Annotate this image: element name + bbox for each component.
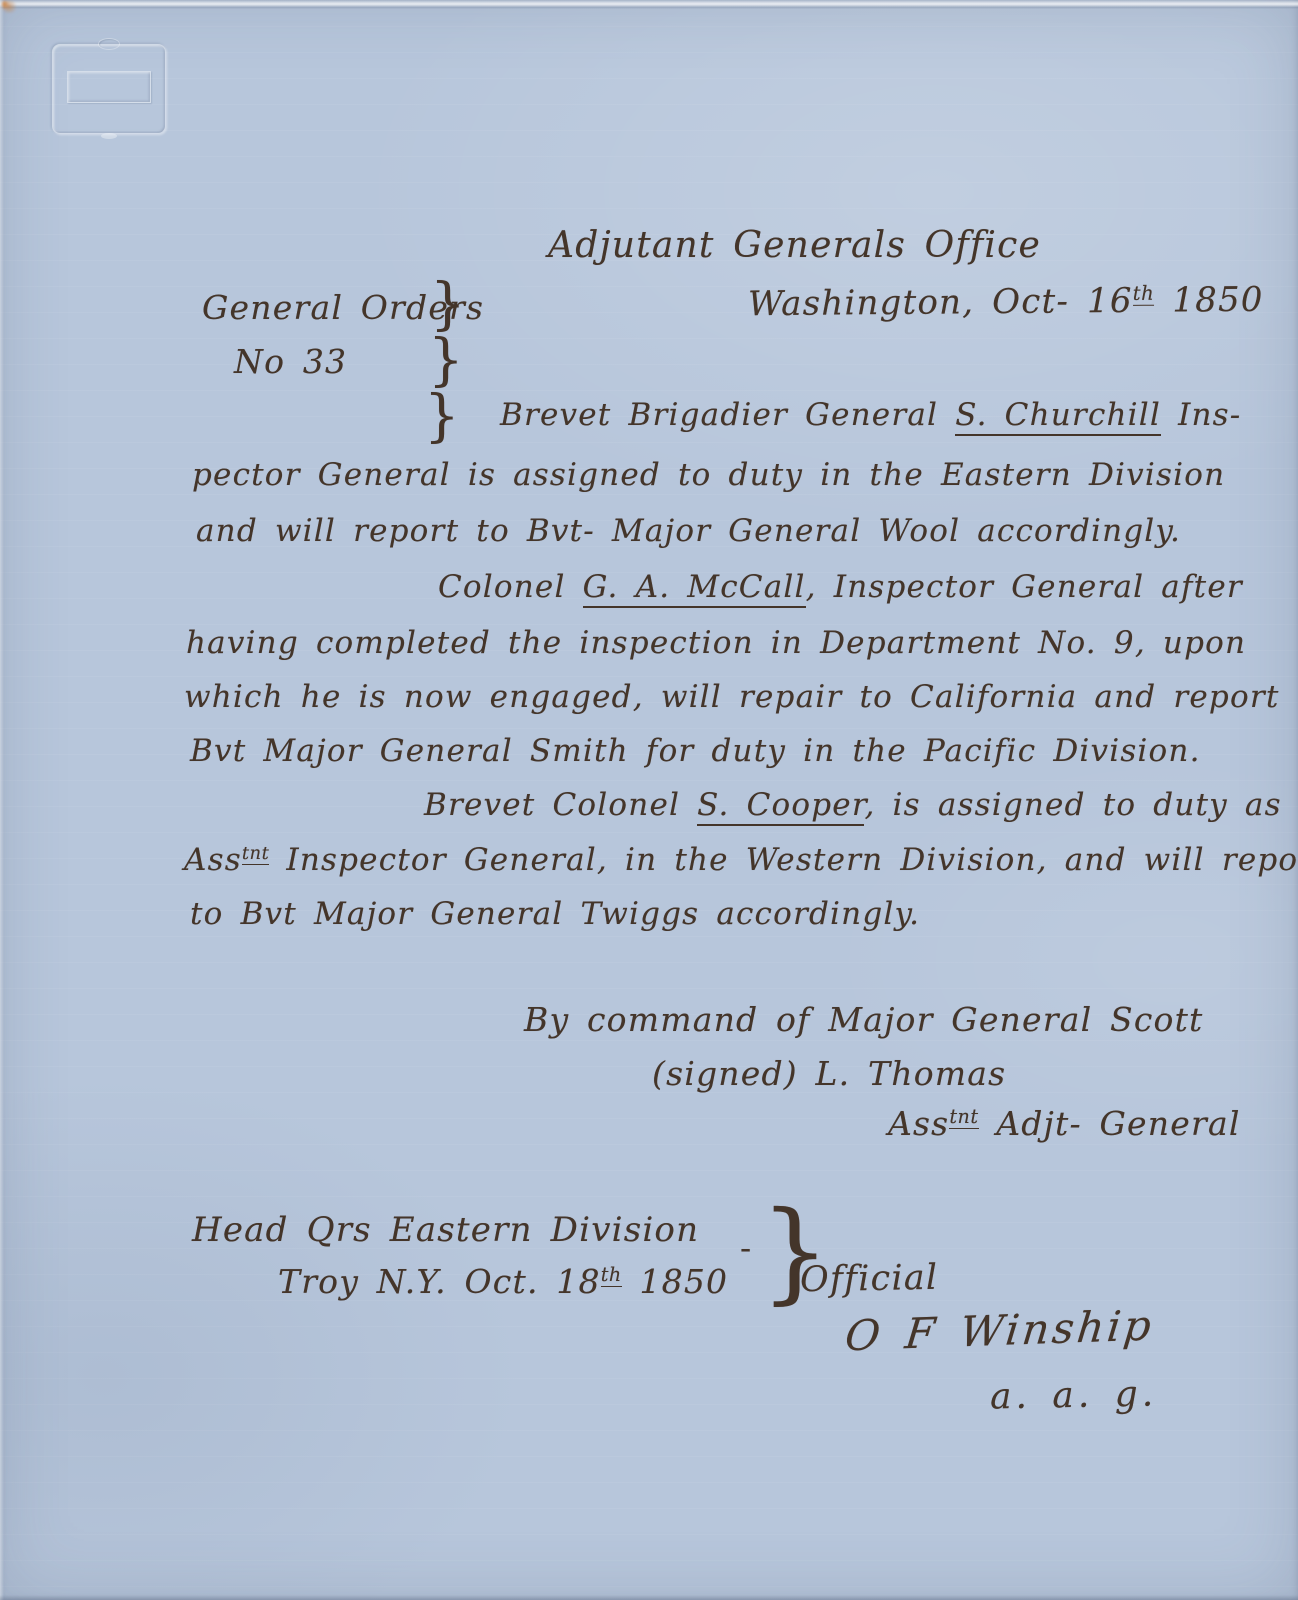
dateline-text: Washington, Oct- 16: [748, 281, 1133, 324]
signed-thomas-line: (signed) L. Thomas: [652, 1056, 1006, 1092]
p1-text: Brevet Brigadier General: [500, 397, 955, 433]
assistant-superscript: tnt: [242, 843, 270, 865]
title-text: Ass: [888, 1104, 949, 1143]
dateline-superscript: th: [1133, 281, 1155, 305]
p3-text: , is assigned to duty as: [864, 787, 1281, 823]
orders-brace-bottom: }: [424, 386, 461, 448]
paragraph-2-line-3: which he is now engaged, will repair to …: [184, 680, 1298, 714]
p3-text: Ass: [184, 842, 242, 878]
order-number: No 33: [234, 344, 347, 380]
paragraph-1-line-2: pector General is assigned to duty in th…: [192, 458, 1225, 492]
p1-text: Ins-: [1161, 397, 1241, 433]
winship-signature: O F Winship: [843, 1303, 1156, 1360]
orders-brace-middle: }: [428, 330, 465, 392]
scan-edge: [0, 0, 4, 1600]
header-office-line: Adjutant Generals Office: [548, 226, 1041, 266]
assistant-adjutant-general-title: Asstnt Adjt- General: [888, 1106, 1241, 1142]
cooper-name-underlined: S. Cooper: [697, 787, 864, 826]
paragraph-3-line-2: Asstnt Inspector General, in the Western…: [184, 843, 1298, 877]
p2-text: Colonel: [438, 569, 583, 605]
aag-rank-line: a. a. g.: [990, 1375, 1158, 1418]
official-label: Official: [800, 1259, 939, 1300]
orders-brace-top: }: [430, 274, 467, 336]
fold-crease-lower: [0, 0, 1298, 9]
assistant-superscript: tnt: [949, 1105, 978, 1129]
letter-sheet: Adjutant Generals Office Washington, Oct…: [0, 0, 1298, 1600]
paragraph-1-line-3: and will report to Bvt- Major General Wo…: [196, 514, 1181, 548]
by-command-line: By command of Major General Scott: [524, 1002, 1204, 1038]
churchill-name-underlined: S. Churchill: [955, 397, 1161, 436]
title-text: Adjt- General: [979, 1104, 1241, 1143]
footer-date-year: 1850: [622, 1262, 728, 1301]
dateline-year: 1850: [1154, 280, 1264, 321]
footer-date-text: Troy N.Y. Oct. 18: [278, 1262, 601, 1301]
paragraph-2-line-1: Colonel G. A. McCall, Inspector General …: [438, 570, 1243, 604]
p3-text: Inspector General, in the Western Divisi…: [269, 842, 1298, 878]
footer-date-superscript: th: [601, 1263, 622, 1287]
p3-text: Brevet Colonel: [424, 787, 697, 823]
embossed-stationer-stamp: [52, 44, 166, 134]
paragraph-2-line-2: having completed the inspection in Depar…: [186, 626, 1246, 660]
mccall-name-underlined: G. A. McCall: [583, 569, 806, 608]
headquarters-line: Head Qrs Eastern Division: [192, 1212, 699, 1249]
paragraph-2-line-4: Bvt Major General Smith for duty in the …: [190, 734, 1201, 768]
scan-edge: [0, 1595, 1298, 1600]
paragraph-3-line-3: to Bvt Major General Twiggs accordingly.: [190, 897, 920, 931]
footer-dateline: Troy N.Y. Oct. 18th 1850: [278, 1264, 728, 1300]
footer-dash: -: [740, 1230, 752, 1266]
p2-text: , Inspector General after: [806, 569, 1243, 605]
paragraph-3-line-1: Brevet Colonel S. Cooper, is assigned to…: [424, 788, 1282, 822]
paragraph-1-line-1: Brevet Brigadier General S. Churchill In…: [500, 398, 1241, 432]
header-dateline: Washington, Oct- 16th 1850: [748, 282, 1264, 324]
